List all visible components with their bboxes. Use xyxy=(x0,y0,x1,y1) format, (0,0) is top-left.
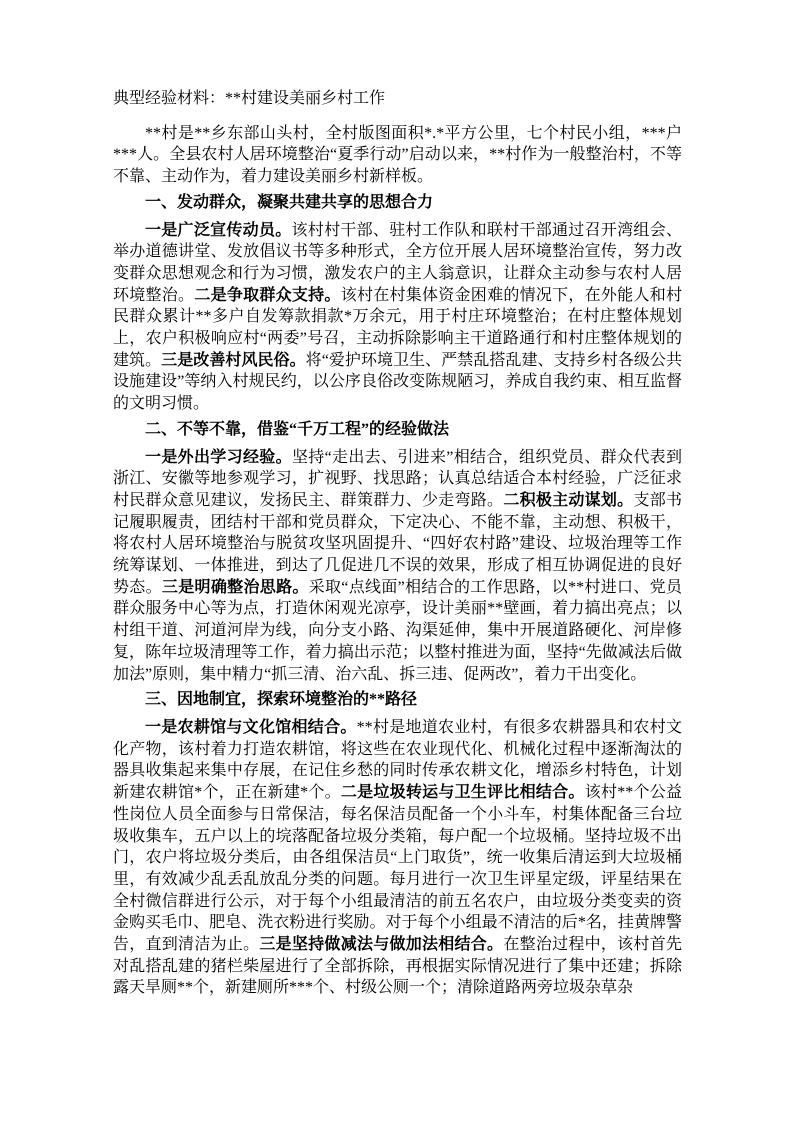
document-page: 典型经验材料：**村建设美丽乡村工作 **村是**乡东部山头村，全村版图面积*.… xyxy=(0,0,793,1122)
bold-lead-in: 一是农耕馆与文化馆相结合。 xyxy=(145,719,357,736)
bold-lead-in: 三是明确整治思路。 xyxy=(162,579,309,596)
section-3-paragraph: 一是农耕馆与文化馆相结合。**村是地道农业村，有很多农耕器具和农村文化产物，该村… xyxy=(113,717,682,999)
section-1-heading: 一、发动群众，凝聚共建共享的思想合力 xyxy=(113,192,682,214)
bold-lead-in: 二积极主动谋划。 xyxy=(503,492,633,509)
section-2-paragraph: 一是外出学习经验。坚持“走出去、引进来”相结合，组织党员、群众代表到浙江、安徽等… xyxy=(113,447,682,686)
bold-lead-in: 二是争取群众支持。 xyxy=(194,287,340,304)
text-segment: 该村**个公益性岗位人员全面参与日常保洁，每名保洁员配备一个小斗车，村集体配备三… xyxy=(113,784,682,953)
bold-lead-in: 一是外出学习经验。 xyxy=(145,449,292,466)
intro-paragraph: **村是**乡东部山头村，全村版图面积*.*平方公里，七个村民小组，***户**… xyxy=(113,123,682,188)
document-content: 典型经验材料：**村建设美丽乡村工作 **村是**乡东部山头村，全村版图面积*.… xyxy=(0,0,793,999)
section-3-heading: 三、因地制宜，探索环境整治的**路径 xyxy=(113,689,682,711)
section-1-paragraph: 一是广泛宣传动员。该村村干部、驻村工作队和联村干部通过召开湾组会、举办道德讲堂、… xyxy=(113,220,682,415)
doc-title: 典型经验材料：**村建设美丽乡村工作 xyxy=(113,88,682,110)
section-2-heading: 二、不等不靠，借鉴“千万工程”的经验做法 xyxy=(113,419,682,441)
bold-lead-in: 三是坚持做减法与做加法相结合。 xyxy=(259,936,503,953)
bold-lead-in: 一是广泛宣传动员。 xyxy=(145,222,292,239)
bold-lead-in: 三是改善村风民俗。 xyxy=(161,352,305,369)
bold-lead-in: 二是垃圾转运与卫生评比相结合。 xyxy=(341,784,585,801)
